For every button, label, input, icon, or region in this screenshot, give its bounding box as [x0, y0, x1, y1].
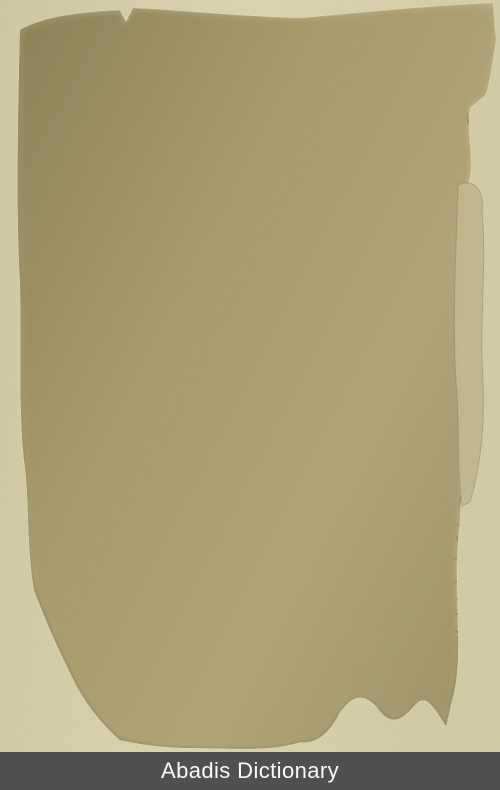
manuscript-photo — [0, 0, 500, 752]
caption-bar: Abadis Dictionary — [0, 752, 500, 790]
manuscript-image — [0, 0, 500, 752]
caption-text: Abadis Dictionary — [161, 758, 339, 784]
screenshot-root: Abadis Dictionary — [0, 0, 500, 790]
